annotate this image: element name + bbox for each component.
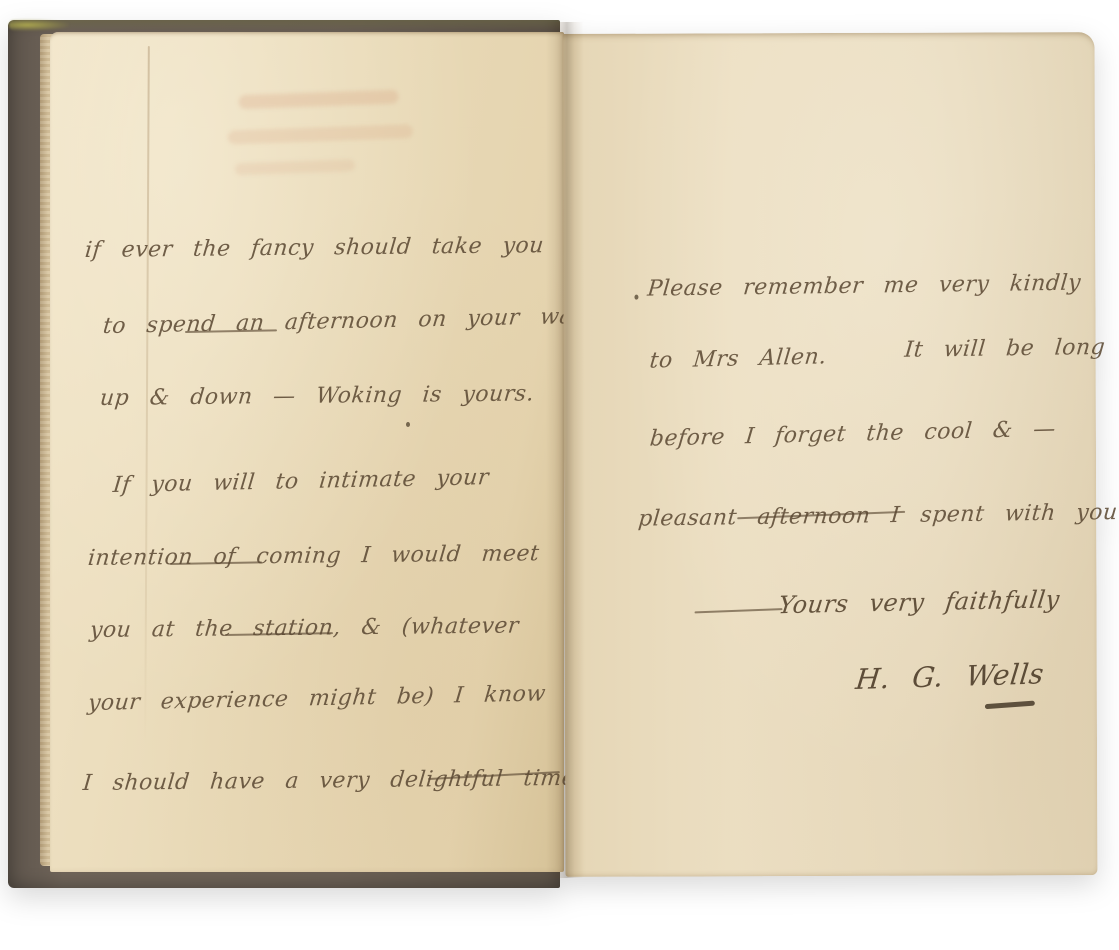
handwriting-line: It will be long [903,335,1106,363]
handwriting-line: if ever the fancy should take you [84,233,545,263]
handwriting-line: to spend an afternoon on your way [102,304,588,339]
handwriting-line: to Mrs Allen. [648,344,827,373]
valediction: Yours very faithfully [777,585,1062,619]
open-book: if ever the fancy should take you to spe… [0,0,1119,950]
handwriting-line: before I forget the cool & — [649,417,1057,452]
handwriting-line: pleasant afternoon I spent with you [637,500,1119,532]
handwriting-line: Please remember me very kindly [646,271,1082,302]
ink-speck [634,295,638,300]
photo-background: if ever the fancy should take you to spe… [0,0,1119,950]
stamp-blob [235,159,355,175]
stamp-blob [228,124,413,144]
signature-underline [985,701,1035,710]
left-page: if ever the fancy should take you to spe… [50,32,564,872]
handwriting-line: If you will to intimate your [112,465,490,498]
handwriting-line: your experience might be) I know [87,681,547,716]
show-through-stamp [218,83,442,196]
ink-speck [406,422,410,427]
stamp-blob [238,90,398,110]
cover-top-glint [9,19,69,31]
handwriting-line: you at the station, & (whatever [89,613,520,643]
signature: H. G. Wells [854,657,1046,696]
handwriting-line: I should have a very delightful time. [82,766,584,796]
handwriting-line: up & down — Woking is yours. [99,381,535,411]
handwriting-line: intention of coming I would meet [87,541,541,571]
right-page: Please remember me very kindly to Mrs Al… [563,32,1098,877]
pen-flourish [695,608,783,613]
